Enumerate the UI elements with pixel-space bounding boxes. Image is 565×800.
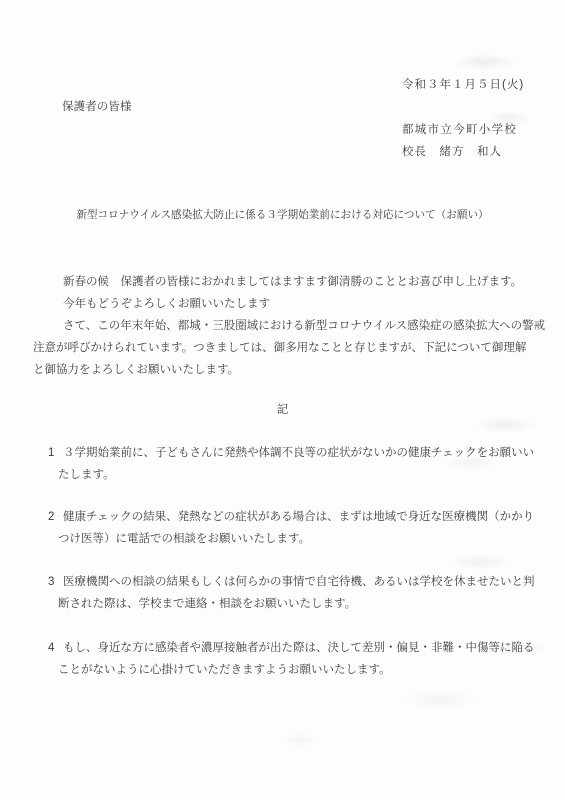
- document-title: 新型コロナウイルス感染拡大防止に係る３学期始業前における対応について（お願い）: [0, 204, 565, 226]
- request-item-2: 2健康チェックの結果、発熱などの症状がある場合は、まずは地域で身近な医療機関（か…: [0, 506, 565, 550]
- scanned-letter-page: 令和３年１月５日(火) 保護者の皆様 都城市立今町小学校 校長 緒方 和人 新型…: [0, 0, 565, 800]
- greeting-line-4: 注意が呼びかけられています。つきましては、御多用なことと存じますが、下記について…: [33, 337, 545, 359]
- item-4-continuation: ことがないように心掛けていただきますようお願いいたします。: [0, 659, 565, 681]
- sender-principal-name: 校長 緒方 和人: [402, 141, 502, 163]
- item-2-number: 2: [48, 506, 63, 528]
- greeting-line-5: と御協力をよろしくお願いいたします。: [33, 359, 545, 381]
- request-item-1: 1３学期始業前に、子どもさんに発熱や体調不良等の症状がないかの健康チェックをお願…: [0, 442, 565, 486]
- item-2-continuation: つけ医等）に電話での相談をお願いいたします。: [0, 528, 565, 550]
- request-item-4: 4もし、身近な方に感染者や濃厚接触者が出た際は、決して差別・偏見・非難・中傷等に…: [0, 637, 565, 681]
- item-1-number: 1: [48, 442, 63, 464]
- item-2-text: 健康チェックの結果、発熱などの症状がある場合は、まずは地域で身近な医療機関（かか…: [63, 511, 534, 523]
- greeting-line-3: さて、この年末年始、都城・三股圏域における新型コロナウイルス感染症の感染拡大への…: [33, 315, 545, 337]
- greeting-line-2: 今年もどうぞよろしくお願いいたします: [33, 293, 545, 315]
- item-4-number: 4: [48, 637, 63, 659]
- item-1-text: ３学期始業前に、子どもさんに発熱や体調不良等の症状がないかの健康チェックをお願い…: [63, 447, 534, 459]
- record-marker: 記: [0, 399, 565, 421]
- request-item-3: 3医療機関への相談の結果もしくは何らかの事情で自宅待機、あるいは学校を休ませたい…: [0, 571, 565, 615]
- letter-date: 令和３年１月５日(火): [402, 74, 524, 96]
- sender-school-name: 都城市立今町小学校: [402, 119, 517, 141]
- greeting-line-1: 新春の候 保護者の皆様におかれましてはますます御清勝のこととお喜び申し上げます。: [33, 271, 545, 293]
- item-1-continuation: たします。: [0, 464, 565, 486]
- item-4-text: もし、身近な方に感染者や濃厚接触者が出た際は、決して差別・偏見・非難・中傷等に陥…: [63, 642, 535, 654]
- recipient-line: 保護者の皆様: [62, 96, 132, 118]
- item-3-continuation: 断された際は、学校まで連絡・相談をお願いいたします。: [0, 593, 565, 615]
- item-3-text: 医療機関への相談の結果もしくは何らかの事情で自宅待機、あるいは学校を休ませたいと…: [63, 576, 535, 588]
- item-3-number: 3: [48, 571, 63, 593]
- greeting-paragraph: 新春の候 保護者の皆様におかれましてはますます御清勝のこととお喜び申し上げます。…: [33, 271, 545, 381]
